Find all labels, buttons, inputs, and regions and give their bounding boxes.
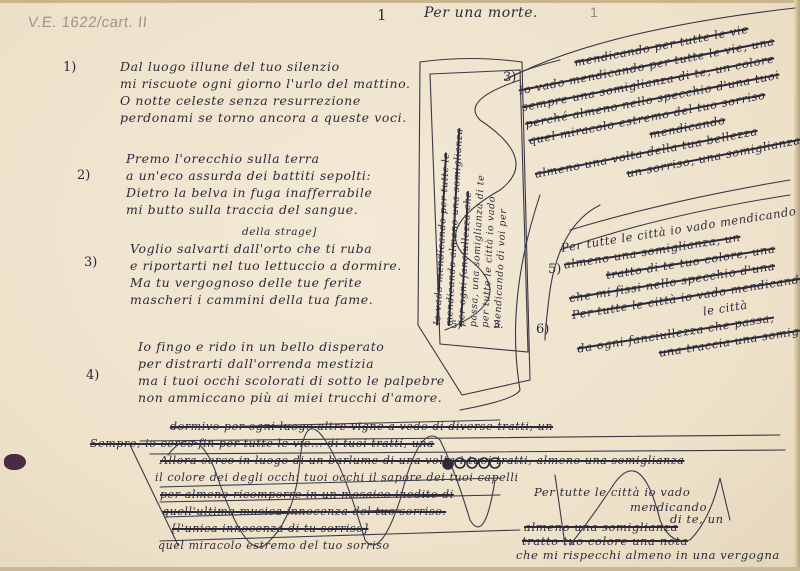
box-wave	[445, 80, 520, 330]
top-guide-curve	[505, 8, 795, 80]
diagonal-cancel	[130, 445, 178, 545]
vertical-box-outline	[418, 59, 530, 396]
pen-strokes-overlay	[0, 0, 800, 571]
vertical-box-inner	[430, 70, 528, 352]
bottom-wave-cancel	[168, 429, 495, 547]
middle-bracket-curve	[545, 205, 600, 340]
manuscript-page: V.E. 1622/cart. II 1 Per una morte. 1 1)…	[0, 0, 800, 571]
bottom-right-wave	[570, 471, 730, 545]
